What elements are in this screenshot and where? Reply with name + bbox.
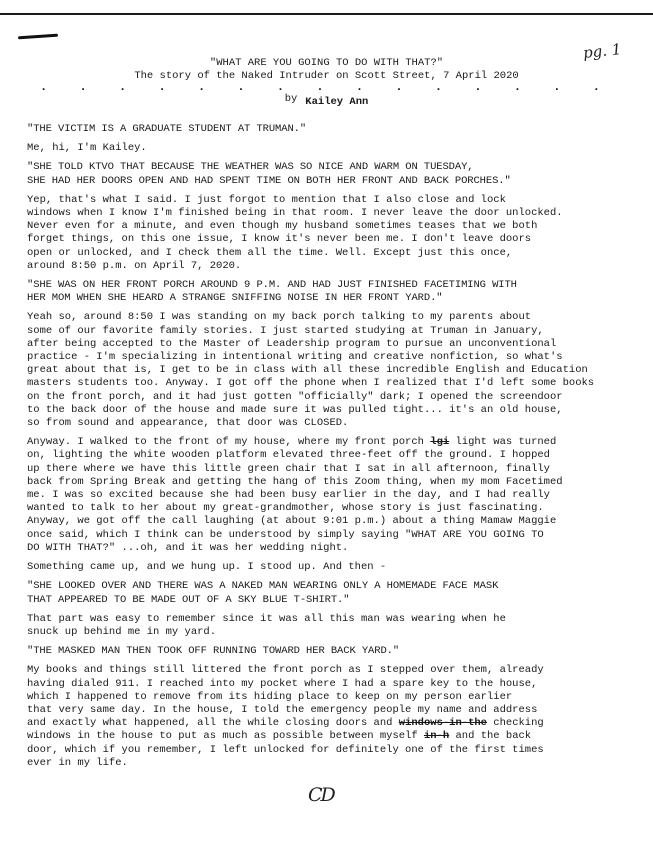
news-quote-paragraph: "SHE TOLD KTVO THAT BECAUSE THE WEATHER …	[27, 161, 637, 187]
text-line: windows when I know I'm finished being i…	[27, 207, 637, 220]
monogram-stamp: CD	[308, 784, 334, 806]
divider-dot: .	[119, 80, 126, 94]
text-line: Me, hi, I'm Kailey.	[27, 142, 637, 155]
document-body: "THE VICTIM IS A GRADUATE STUDENT AT TRU…	[27, 123, 637, 776]
divider-dot: .	[593, 80, 600, 94]
text-line: open or unlocked, and I check them all t…	[27, 247, 637, 260]
text-line: Yep, that's what I said. I just forgot t…	[27, 194, 637, 207]
text-line: that very same day. In the house, I told…	[27, 704, 637, 717]
divider-dot: .	[40, 80, 47, 94]
text-line: around 8:50 p.m. on April 7, 2020.	[27, 260, 637, 273]
divider-dot: .	[316, 80, 323, 94]
divider-dot: .	[356, 80, 363, 94]
divider-dot: .	[514, 80, 521, 94]
text-line: once said, which I think can be understo…	[27, 529, 637, 542]
text-line: back from Spring Break and getting the h…	[27, 476, 637, 489]
divider-dot: .	[553, 80, 560, 94]
news-quote-paragraph: "THE MASKED MAN THEN TOOK OFF RUNNING TO…	[27, 645, 637, 658]
text-line: practice - I'm specializing in intention…	[27, 351, 637, 364]
text-line: "SHE TOLD KTVO THAT BECAUSE THE WEATHER …	[27, 161, 637, 174]
divider-dot: .	[395, 80, 402, 94]
divider-dot: .	[474, 80, 481, 94]
text-line: which I happened to remove from its hidi…	[27, 691, 637, 704]
text-line: "THE MASKED MAN THEN TOOK OFF RUNNING TO…	[27, 645, 637, 658]
divider-dot: .	[198, 80, 205, 94]
pen-mark	[18, 34, 58, 40]
struck-text: windows-in-the	[399, 717, 487, 729]
divider-dot: .	[158, 80, 165, 94]
divider-dot: .	[79, 80, 86, 94]
struck-text: lgi	[430, 436, 449, 448]
text-line: on, lighting the white wooden platform e…	[27, 449, 637, 462]
text-line: Never even for a minute, and even though…	[27, 220, 637, 233]
text-line: having dialed 911. I reached into my poc…	[27, 678, 637, 691]
narrative-paragraph: Yeah so, around 8:50 I was standing on m…	[27, 311, 637, 430]
text-line: My books and things still littered the f…	[27, 664, 637, 677]
text-line: windows in the house to put as much as p…	[27, 730, 637, 743]
text-line: and exactly what happened, all the while…	[27, 717, 637, 730]
struck-text: in-h	[424, 730, 449, 742]
text-line: masters students too. Anyway. I got off …	[27, 377, 637, 390]
text-line: ever in my life.	[27, 757, 637, 770]
text-line: up there where we have this little green…	[27, 463, 637, 476]
text-line: HER MOM WHEN SHE HEARD A STRANGE SNIFFIN…	[27, 292, 637, 305]
text-line: door, which if you remember, I left unlo…	[27, 744, 637, 757]
narrative-paragraph: Anyway. I walked to the front of my hous…	[27, 436, 637, 555]
text-line: Anyway, we got off the call laughing (at…	[27, 515, 637, 528]
byline: byKailey Ann	[0, 96, 653, 108]
text-line: Something came up, and we hung up. I sto…	[27, 561, 637, 574]
text-line: "THE VICTIM IS A GRADUATE STUDENT AT TRU…	[27, 123, 637, 136]
text-line: after being accepted to the Master of Le…	[27, 338, 637, 351]
text-line: DO WITH THAT?" ...oh, and it was her wed…	[27, 542, 637, 555]
byline-by: by	[285, 93, 298, 105]
news-quote-paragraph: "THE VICTIM IS A GRADUATE STUDENT AT TRU…	[27, 123, 637, 136]
narrative-paragraph: Yep, that's what I said. I just forgot t…	[27, 194, 637, 273]
text-line: Anyway. I walked to the front of my hous…	[27, 436, 637, 449]
document-title: "WHAT ARE YOU GOING TO DO WITH THAT?"	[0, 57, 653, 69]
text-line: some of our favorite family stories. I j…	[27, 325, 637, 338]
news-quote-paragraph: "SHE WAS ON HER FRONT PORCH AROUND 9 P.M…	[27, 279, 637, 305]
text-line: Yeah so, around 8:50 I was standing on m…	[27, 311, 637, 324]
narrative-paragraph: My books and things still littered the f…	[27, 664, 637, 770]
divider-dot: .	[237, 80, 244, 94]
text-line: That part was easy to remember since it …	[27, 613, 637, 626]
text-line: snuck up behind me in my yard.	[27, 626, 637, 639]
text-line: me. I was so excited because she had bee…	[27, 489, 637, 502]
narrative-paragraph: That part was easy to remember since it …	[27, 613, 637, 639]
text-line: "SHE LOOKED OVER AND THERE WAS A NAKED M…	[27, 580, 637, 593]
text-line: great about that is, I get to be in clas…	[27, 364, 637, 377]
text-line: on the front porch, and it had just gott…	[27, 391, 637, 404]
text-line: so from sound and appearance, that door …	[27, 417, 637, 430]
text-line: "SHE WAS ON HER FRONT PORCH AROUND 9 P.M…	[27, 279, 637, 292]
news-quote-paragraph: "SHE LOOKED OVER AND THERE WAS A NAKED M…	[27, 580, 637, 606]
divider-dot: .	[277, 80, 284, 94]
top-rule	[0, 13, 653, 15]
divider-dot: .	[435, 80, 442, 94]
author-name: Kailey Ann	[305, 96, 368, 108]
text-line: forget things, on this one issue, I know…	[27, 233, 637, 246]
text-line: THAT APPEARED TO BE MADE OUT OF A SKY BL…	[27, 594, 637, 607]
dot-divider: ...............	[40, 80, 600, 94]
narrative-paragraph: Me, hi, I'm Kailey.	[27, 142, 637, 155]
text-line: SHE HAD HER DOORS OPEN AND HAD SPENT TIM…	[27, 175, 637, 188]
text-line: to the back door of the house and made s…	[27, 404, 637, 417]
text-line: wanted to talk to her about my great-gra…	[27, 502, 637, 515]
narrative-paragraph: Something came up, and we hung up. I sto…	[27, 561, 637, 574]
